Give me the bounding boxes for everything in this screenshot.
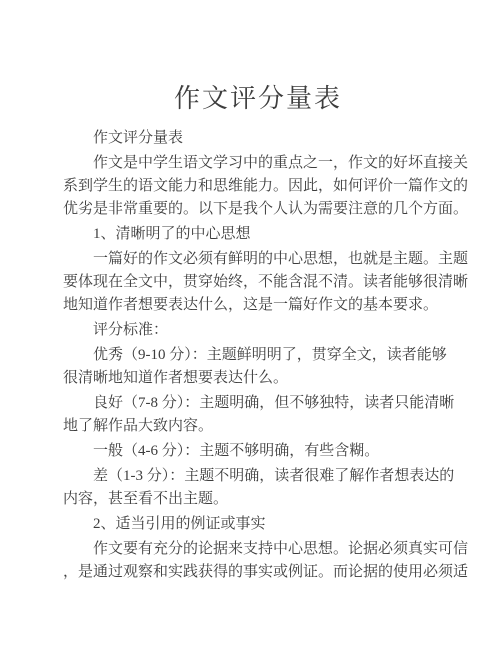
- grade-excellent-item: 优秀（9-10 分）：主题鲜明明了，贯穿全文，读者能够很清晰地知道作者想要表达什…: [63, 344, 442, 390]
- grade-average-item: 一般（4-6 分）：主题不够明确，有些含糊。: [63, 440, 442, 463]
- grade-good-item: 良好（7-8 分）：主题明确，但不够独特，读者只能清晰地了解作品大致内容。: [63, 392, 442, 438]
- intro-paragraph: 作文是中学生语文学习中的重点之一，作文的好坏直接关系到学生的语文能力和思维能力。…: [63, 152, 442, 221]
- document-page: 作文评分量表 作文评分量表作文是中学生语文学习中的重点之一，作文的好坏直接关系到…: [0, 0, 500, 647]
- section-1-heading: 1、清晰明了的中心思想: [63, 223, 442, 246]
- text-line: 作文是中学生语文学习中的重点之一，作文的好坏直接关: [63, 152, 442, 175]
- text-line: 优秀（9-10 分）：主题鲜明明了，贯穿全文，读者能够: [63, 344, 442, 367]
- scoring-criteria-label: 评分标准：: [63, 319, 442, 342]
- grade-poor-item: 差（1-3 分）：主题不明确，读者很难了解作者想表达的内容，甚至看不出主题。: [63, 465, 442, 511]
- section-2-paragraph: 作文要有充分的论据来支持中心思想。论据必须真实可信，是通过观察和实践获得的事实或…: [63, 538, 442, 584]
- section-2-heading: 2、适当引用的例证或事实: [63, 513, 442, 536]
- document-title: 作文评分量表: [8, 0, 500, 114]
- text-line: 地知道作者想要表达什么，这是一篇好作文的基本要求。: [63, 294, 442, 317]
- text-line: 2、适当引用的例证或事实: [63, 513, 442, 536]
- text-line: 要体现在全文中，贯穿始终，不能含混不清。读者能够很清晰: [63, 271, 442, 294]
- text-line: 作文评分量表: [63, 127, 442, 150]
- text-line: 作文要有充分的论据来支持中心思想。论据必须真实可信: [63, 538, 442, 561]
- text-line: 一般（4-6 分）：主题不够明确，有些含糊。: [63, 440, 442, 463]
- text-line: 一篇好的作文必须有鲜明的中心思想，也就是主题。主题: [63, 248, 442, 271]
- document-body: 作文评分量表作文是中学生语文学习中的重点之一，作文的好坏直接关系到学生的语文能力…: [0, 127, 500, 584]
- text-line: 差（1-3 分）：主题不明确，读者很难了解作者想表达的: [63, 465, 442, 488]
- text-line: 系到学生的语文能力和思维能力。因此，如何评价一篇作文的: [63, 175, 442, 198]
- section-1-paragraph: 一篇好的作文必须有鲜明的中心思想，也就是主题。主题要体现在全文中，贯穿始终，不能…: [63, 248, 442, 317]
- text-line: 地了解作品大致内容。: [63, 415, 442, 438]
- subtitle: 作文评分量表: [63, 127, 442, 150]
- text-line: ，是通过观察和实践获得的事实或例证。而论据的使用必须适: [63, 561, 442, 584]
- text-line: 内容，甚至看不出主题。: [63, 488, 442, 511]
- text-line: 评分标准：: [63, 319, 442, 342]
- text-line: 1、清晰明了的中心思想: [63, 223, 442, 246]
- text-line: 良好（7-8 分）：主题明确，但不够独特，读者只能清晰: [63, 392, 442, 415]
- text-line: 优劣是非常重要的。以下是我个人认为需要注意的几个方面。: [63, 198, 442, 221]
- text-line: 很清晰地知道作者想要表达什么。: [63, 367, 442, 390]
